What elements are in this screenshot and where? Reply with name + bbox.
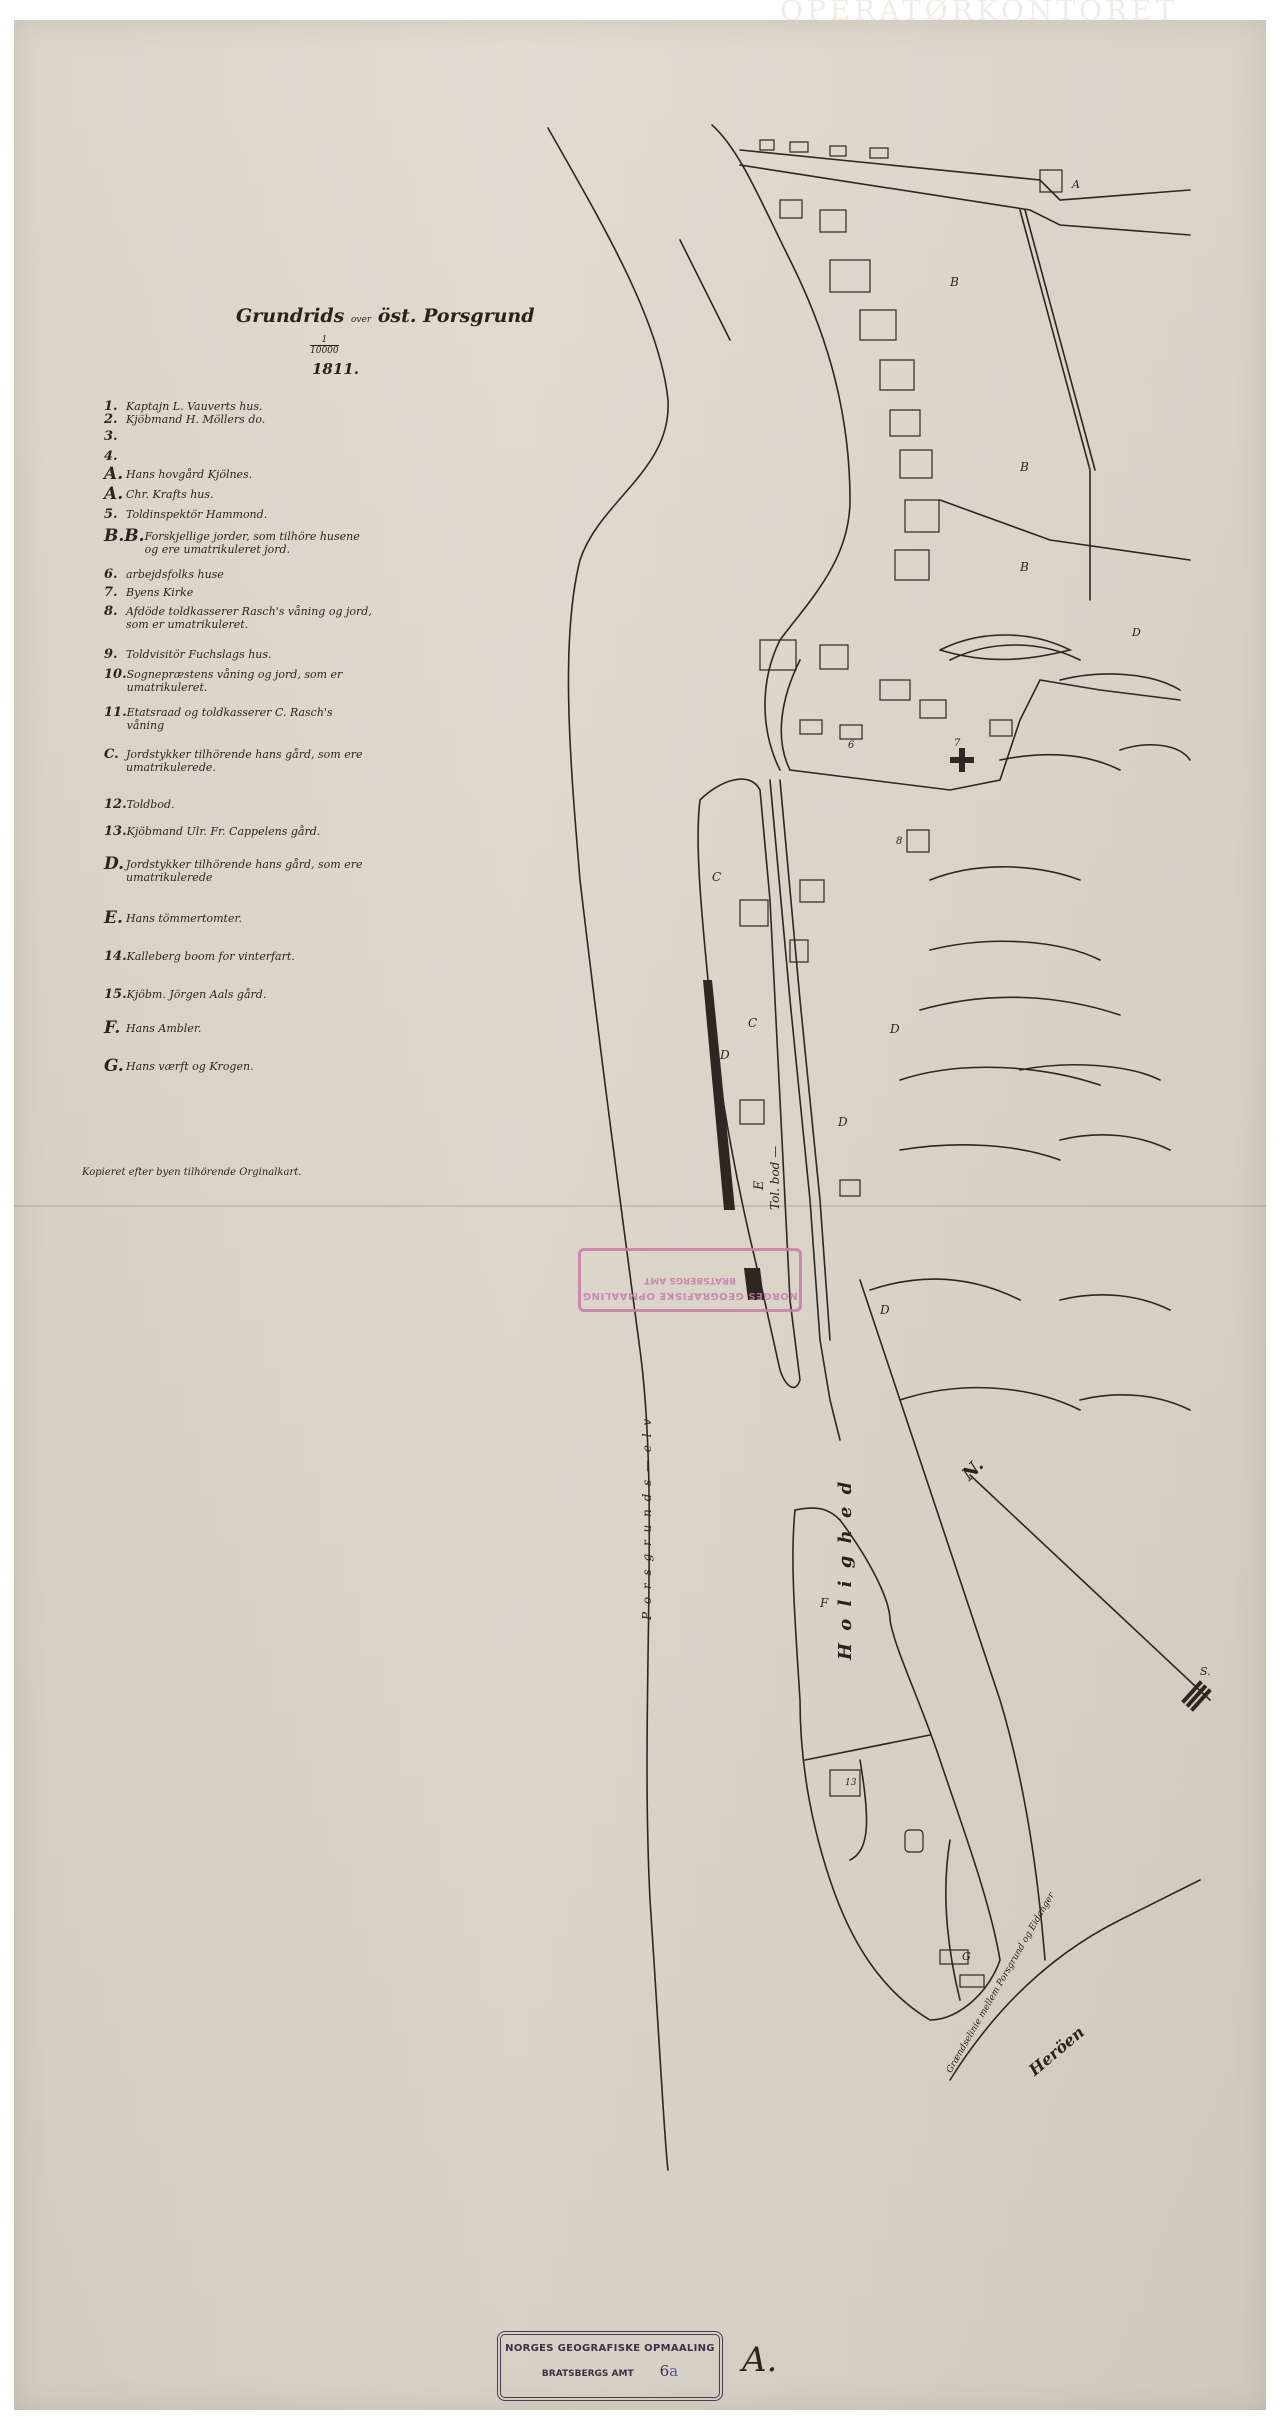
building	[820, 210, 846, 232]
contour	[900, 1067, 1100, 1085]
compass-fletching-icon	[1181, 1680, 1212, 1712]
church-cross-icon	[950, 748, 974, 772]
island-key-label: F	[820, 1596, 828, 1610]
building	[830, 146, 846, 156]
building	[907, 830, 929, 852]
field-label-c: C	[712, 870, 721, 884]
building	[800, 720, 822, 734]
island-path-2	[946, 1840, 960, 2000]
compass-south-label: S.	[1200, 1665, 1211, 1678]
building	[890, 410, 920, 436]
archive-stamp: NORGES GEOGRAFISKE OPMAALING BRATSBERGS …	[497, 2331, 723, 2401]
building	[820, 645, 848, 669]
building	[790, 940, 808, 962]
building	[895, 550, 929, 580]
building	[740, 1100, 764, 1124]
field-label-b: B	[1020, 560, 1029, 574]
southbound-line	[860, 1280, 1045, 1960]
sheet-number-suffix: a	[669, 2362, 678, 2380]
building	[960, 1975, 984, 1987]
building	[900, 450, 932, 478]
contour	[930, 941, 1100, 960]
east-town-edge	[712, 125, 850, 770]
sheet-number-digit: 6	[660, 2362, 670, 2380]
east-fields-boundary	[820, 1340, 840, 1440]
building	[1040, 170, 1062, 192]
island-path	[850, 1760, 867, 1860]
island-divider	[805, 1735, 930, 1760]
sheet-number: 6a	[660, 2362, 679, 2380]
contour	[1060, 674, 1180, 690]
church-number: 7	[954, 738, 960, 749]
building	[880, 360, 914, 390]
map-drawing	[0, 0, 1287, 2430]
building	[830, 260, 870, 292]
building	[920, 700, 946, 718]
building	[800, 880, 824, 902]
field-boundary-east-2	[1025, 210, 1095, 470]
west-shoreline	[548, 128, 668, 2170]
heroen-shore	[950, 1880, 1200, 2080]
contour	[950, 645, 1080, 660]
stamp-line-1: NORGES GEOGRAFISKE OPMAALING	[581, 1290, 799, 1301]
field-label-b: B	[950, 275, 959, 289]
building	[840, 725, 862, 739]
building	[860, 310, 896, 340]
house-number-8: 8	[896, 836, 902, 847]
north-road-2	[740, 165, 1190, 235]
label-a: A	[1072, 178, 1080, 191]
building	[990, 720, 1012, 736]
field-label-d: D	[720, 1048, 730, 1062]
contour	[900, 1388, 1080, 1410]
contour	[1080, 1395, 1190, 1410]
tollbooth-label: Tol. bod —	[768, 1146, 782, 1210]
contour	[1120, 745, 1190, 760]
island-label: H o l i g h e d	[835, 1479, 856, 1660]
archive-stamp-inverted: NORGES GEOGRAFISKE OPMAALING BRATSBERGS …	[578, 1248, 802, 1312]
field-label-d: D	[880, 1303, 890, 1317]
island-outline	[793, 1508, 1000, 2020]
field-label-d: D	[838, 1115, 848, 1129]
contour	[920, 997, 1120, 1015]
building	[905, 1830, 923, 1852]
stamp-line-2-row: BRATSBERGS AMT 6a	[501, 2362, 719, 2380]
stamp-line-2: BRATSBERGS AMT	[581, 1275, 799, 1285]
contour	[1020, 1065, 1160, 1080]
road-mid	[940, 500, 1190, 560]
stamp-line-1: NORGES GEOGRAFISKE OPMAALING	[501, 2343, 719, 2354]
compass-line	[970, 1475, 1210, 1700]
shipyard-key: G	[962, 1950, 971, 1963]
field-label-d: D	[1132, 626, 1141, 639]
building	[780, 200, 802, 218]
field-label-d: D	[890, 1022, 900, 1036]
house-number-6: 6	[848, 740, 854, 751]
field-label-b: B	[1020, 460, 1029, 474]
signature: A.	[742, 2340, 777, 2380]
timber-yard-shading	[703, 980, 735, 1210]
building	[740, 900, 768, 926]
building	[760, 140, 774, 150]
building	[840, 1180, 860, 1196]
building	[790, 142, 808, 152]
field-label-c: C	[748, 1016, 757, 1030]
contour	[1000, 755, 1120, 770]
timber-yard-key: E	[752, 1181, 767, 1191]
contour	[900, 1145, 1060, 1160]
building	[905, 500, 939, 532]
contour	[870, 1279, 1020, 1300]
river-label: P o r s g r u n d s — e l v	[640, 1417, 654, 1620]
contour	[930, 867, 1080, 880]
contour	[1060, 1295, 1170, 1310]
island-building-label: 13	[845, 1778, 856, 1788]
contour	[1060, 1135, 1170, 1150]
stamp-line-2: BRATSBERGS AMT	[542, 2369, 634, 2379]
north-arrow-top	[680, 240, 730, 340]
building	[870, 148, 888, 158]
building	[880, 680, 910, 700]
